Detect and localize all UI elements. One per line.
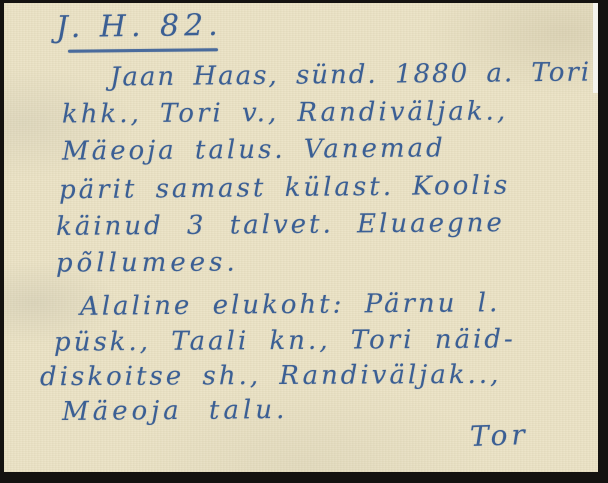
scanner-edge-sliver xyxy=(593,3,598,93)
handwritten-line: diskoitse sh., Randiväljak.., xyxy=(40,360,501,392)
handwritten-line: pärit samast külast. Koolis xyxy=(59,171,511,206)
handwritten-line: Mäeoja talu. xyxy=(62,395,289,427)
handwritten-line: Mäeoja talus. Vanemad xyxy=(62,133,446,166)
header-underline xyxy=(68,48,218,53)
handwritten-line: põllumees. xyxy=(56,248,239,279)
handwritten-line: Alaline elukoht: Pärnu l. xyxy=(80,288,501,322)
index-card: J. H. 82. Jaan Haas, sünd. 1880 a. Tori … xyxy=(4,3,598,472)
handwritten-line: püsk., Taali kn., Tori näid- xyxy=(54,324,516,357)
card-header-initials: J. H. 82. xyxy=(56,8,223,45)
handwritten-line: khk., Tori v., Randiväljak., xyxy=(62,96,508,129)
scanned-card-frame: J. H. 82. Jaan Haas, sünd. 1880 a. Tori … xyxy=(0,0,608,483)
handwritten-line: Jaan Haas, sünd. 1880 a. Tori xyxy=(110,57,591,92)
signature: Tor xyxy=(469,418,529,453)
handwritten-line: käinud 3 talvet. Eluaegne xyxy=(56,208,505,242)
